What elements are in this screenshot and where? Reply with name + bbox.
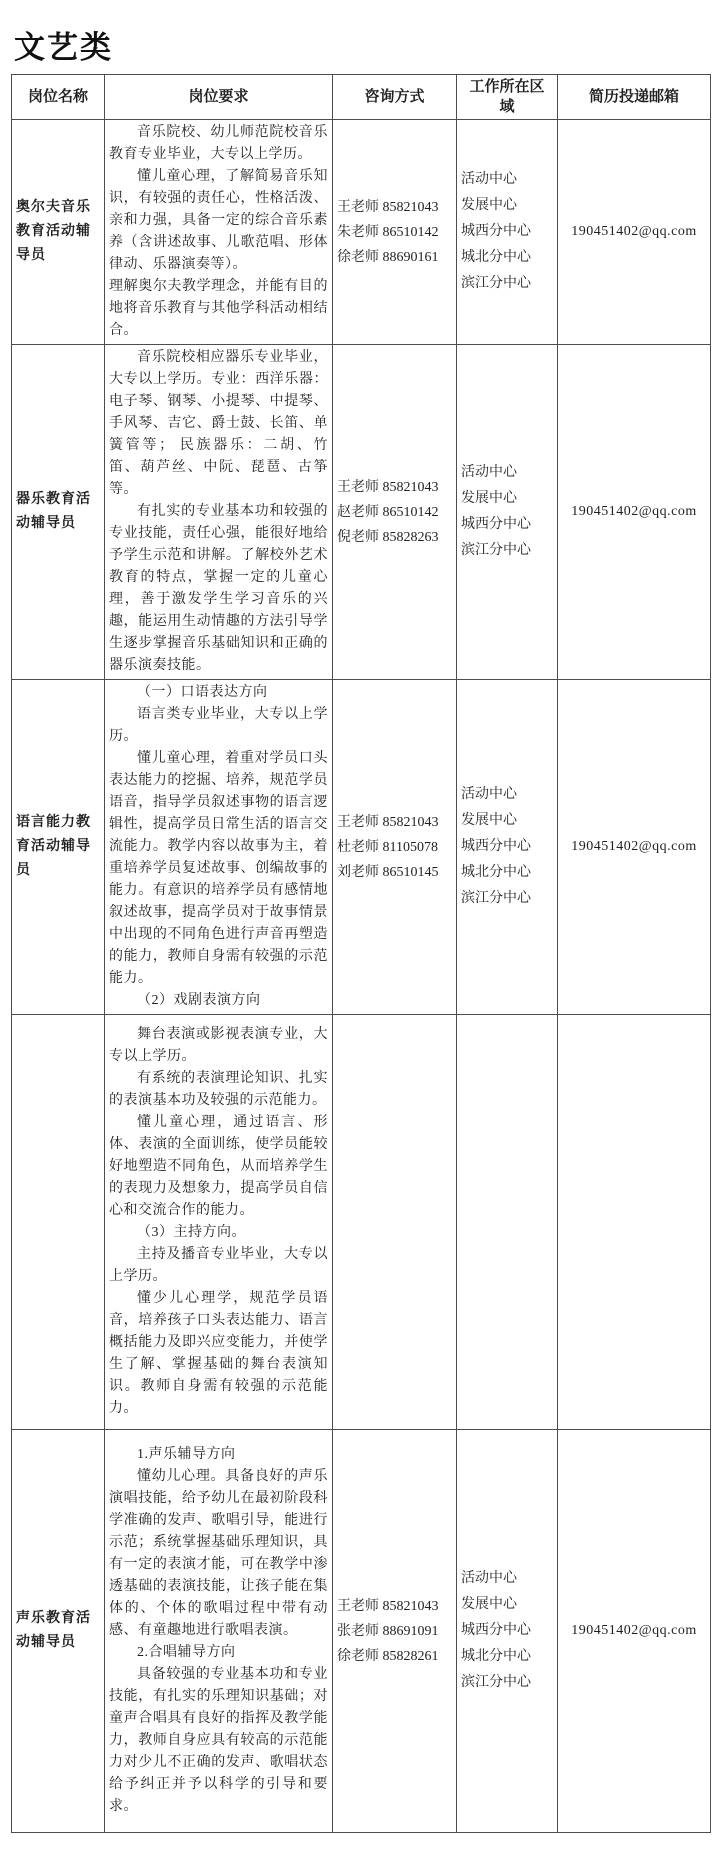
requirements-cell: 舞台表演或影视表演专业，大专以上学历。有系统的表演理论知识、扎实的表演基本功及较… [105,1015,333,1430]
table-row: 器乐教育活动辅导员音乐院校相应器乐专业毕业，大专以上学历。专业：西洋乐器：电子琴… [12,345,711,680]
work-area-cell: 活动中心发展中心城西分中心城北分中心滨江分中心 [457,1430,558,1833]
requirements-cell: 音乐院校、幼儿师范院校音乐教育专业毕业，大专以上学历。懂儿童心理，了解简易音乐知… [105,120,333,345]
requirements-cell: 1.声乐辅导方向懂幼儿心理。具备良好的声乐演唱技能，给予幼儿在最初阶段科学准确的… [105,1430,333,1833]
work-area-line: 活动中心 [461,1566,553,1592]
work-area-line: 城北分中心 [461,1644,553,1670]
contact-line: 王老师 85821043 [337,1594,452,1619]
requirement-paragraph: 懂幼儿心理。具备良好的声乐演唱技能，给予幼儿在最初阶段科学准确的发声、歌唱引导，… [109,1466,328,1642]
contact-line: 朱老师 86510142 [337,220,452,245]
position-name-cell: 声乐教育活动辅导员 [12,1430,105,1833]
table-row: 舞台表演或影视表演专业，大专以上学历。有系统的表演理论知识、扎实的表演基本功及较… [12,1015,711,1430]
contact-line: 杜老师 81105078 [337,835,452,860]
resume-email-cell: 190451402@qq.com [558,1430,711,1833]
work-area-line: 滨江分中心 [461,1670,553,1696]
column-header: 岗位名称 [12,75,105,120]
position-name-cell: 奥尔夫音乐教育活动辅导员 [12,120,105,345]
requirement-paragraph: （2）戏剧表演方向 [109,990,328,1012]
work-area-line: 城西分中心 [461,512,553,538]
contact-cell [333,1015,457,1430]
requirement-paragraph: 懂儿童心理，了解简易音乐知识，有较强的责任心，性格活泼、亲和力强，具备一定的综合… [109,166,328,276]
work-area-line: 发展中心 [461,486,553,512]
work-area-line: 活动中心 [461,460,553,486]
requirement-paragraph: 音乐院校、幼儿师范院校音乐教育专业毕业，大专以上学历。 [109,122,328,166]
work-area-line: 城北分中心 [461,860,553,886]
position-name-cell [12,1015,105,1430]
requirement-paragraph: 1.声乐辅导方向 [109,1444,328,1466]
requirement-paragraph: 懂儿童心理，着重对学员口头表达能力的挖掘、培养，规范学员语音，指导学员叙述事物的… [109,748,328,990]
resume-email-cell: 190451402@qq.com [558,120,711,345]
page-title: 文艺类 [14,22,113,67]
table-header: 岗位名称岗位要求咨询方式工作所在区域简历投递邮箱 [12,75,711,120]
requirement-paragraph: 具备较强的专业基本功和专业技能，有扎实的乐理知识基础；对童声合唱具有良好的指挥及… [109,1664,328,1818]
header-row: 岗位名称岗位要求咨询方式工作所在区域简历投递邮箱 [12,75,711,120]
contact-cell: 王老师 85821043杜老师 81105078刘老师 86510145 [333,680,457,1015]
work-area-line: 城西分中心 [461,219,553,245]
column-header: 岗位要求 [105,75,333,120]
contact-line: 徐老师 88690161 [337,245,452,270]
contact-line: 王老师 85821043 [337,475,452,500]
jobs-table: 岗位名称岗位要求咨询方式工作所在区域简历投递邮箱 奥尔夫音乐教育活动辅导员音乐院… [11,74,711,1833]
contact-line: 赵老师 86510142 [337,500,452,525]
work-area-line: 城北分中心 [461,245,553,271]
table-row: 声乐教育活动辅导员1.声乐辅导方向懂幼儿心理。具备良好的声乐演唱技能，给予幼儿在… [12,1430,711,1833]
resume-email-cell [558,1015,711,1430]
requirements-cell: 音乐院校相应器乐专业毕业，大专以上学历。专业：西洋乐器：电子琴、钢琴、小提琴、中… [105,345,333,680]
contact-line: 王老师 85821043 [337,810,452,835]
requirement-paragraph: 有扎实的专业基本功和较强的专业技能，责任心强，能很好地给予学生示范和讲解。了解校… [109,501,328,677]
requirement-paragraph: 音乐院校相应器乐专业毕业，大专以上学历。专业：西洋乐器：电子琴、钢琴、小提琴、中… [109,347,328,501]
resume-email-cell: 190451402@qq.com [558,680,711,1015]
contact-line: 王老师 85821043 [337,195,452,220]
requirement-paragraph: （一）口语表达方向 [109,682,328,704]
position-name-cell: 语言能力教育活动辅导员 [12,680,105,1015]
work-area-line: 发展中心 [461,193,553,219]
requirement-paragraph: 懂少儿心理学，规范学员语音，培养孩子口头表达能力、语言概括能力及即兴应变能力，并… [109,1288,328,1420]
position-name-cell: 器乐教育活动辅导员 [12,345,105,680]
contact-cell: 王老师 85821043张老师 88691091徐老师 85828261 [333,1430,457,1833]
contact-cell: 王老师 85821043赵老师 86510142倪老师 85828263 [333,345,457,680]
resume-email-cell: 190451402@qq.com [558,345,711,680]
work-area-line: 发展中心 [461,808,553,834]
work-area-line: 发展中心 [461,1592,553,1618]
table-row: 语言能力教育活动辅导员（一）口语表达方向语言类专业毕业，大专以上学历。懂儿童心理… [12,680,711,1015]
column-header: 咨询方式 [333,75,457,120]
work-area-line: 滨江分中心 [461,538,553,564]
requirement-paragraph: 语言类专业毕业，大专以上学历。 [109,704,328,748]
table-body: 奥尔夫音乐教育活动辅导员音乐院校、幼儿师范院校音乐教育专业毕业，大专以上学历。懂… [12,120,711,1833]
column-header: 工作所在区域 [457,75,558,120]
requirement-paragraph: 有系统的表演理论知识、扎实的表演基本功及较强的示范能力。 [109,1068,328,1112]
requirement-paragraph: 懂儿童心理，通过语言、形体、表演的全面训练，使学员能较好地塑造不同角色，从而培养… [109,1112,328,1222]
work-area-line: 活动中心 [461,167,553,193]
work-area-line: 城西分中心 [461,1618,553,1644]
requirement-paragraph: 理解奥尔夫教学理念，并能有目的地将音乐教育与其他学科活动相结合。 [109,276,328,342]
document-page: 文艺类 岗位名称岗位要求咨询方式工作所在区域简历投递邮箱 奥尔夫音乐教育活动辅导… [0,0,720,1864]
work-area-line: 城西分中心 [461,834,553,860]
work-area-cell: 活动中心发展中心城西分中心城北分中心滨江分中心 [457,120,558,345]
work-area-line: 滨江分中心 [461,271,553,297]
contact-line: 刘老师 86510145 [337,860,452,885]
contact-cell: 王老师 85821043朱老师 86510142徐老师 88690161 [333,120,457,345]
contact-line: 张老师 88691091 [337,1619,452,1644]
requirement-paragraph: （3）主持方向。 [109,1222,328,1244]
contact-line: 徐老师 85828261 [337,1644,452,1669]
work-area-cell: 活动中心发展中心城西分中心滨江分中心 [457,345,558,680]
work-area-line: 滨江分中心 [461,886,553,912]
requirements-cell: （一）口语表达方向语言类专业毕业，大专以上学历。懂儿童心理，着重对学员口头表达能… [105,680,333,1015]
requirement-paragraph: 2.合唱辅导方向 [109,1642,328,1664]
work-area-cell: 活动中心发展中心城西分中心城北分中心滨江分中心 [457,680,558,1015]
work-area-cell [457,1015,558,1430]
column-header: 简历投递邮箱 [558,75,711,120]
requirement-paragraph: 主持及播音专业毕业，大专以上学历。 [109,1244,328,1288]
contact-line: 倪老师 85828263 [337,525,452,550]
table-row: 奥尔夫音乐教育活动辅导员音乐院校、幼儿师范院校音乐教育专业毕业，大专以上学历。懂… [12,120,711,345]
requirement-paragraph: 舞台表演或影视表演专业，大专以上学历。 [109,1024,328,1068]
work-area-line: 活动中心 [461,782,553,808]
